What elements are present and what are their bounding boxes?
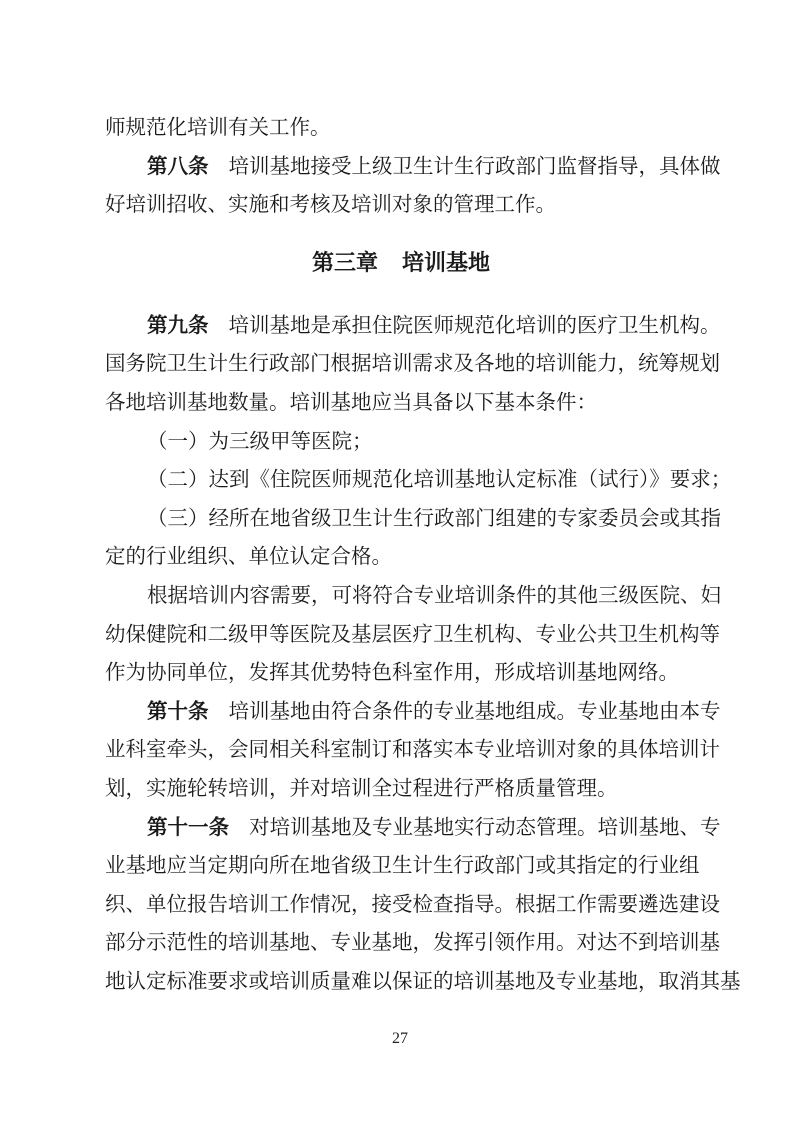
article-11-line-5: 地认定标准要求或培训质量难以保证的培训基地及专业基地，取消其基 — [105, 962, 697, 1001]
collab-line-1: 根据培训内容需要，可将符合专业培训条件的其他三级医院、妇 — [105, 576, 697, 615]
article-10-line-2: 业科室牵头，会同相关科室制订和落实本专业培训对象的具体培训计 — [105, 730, 697, 769]
page-number: 27 — [0, 1030, 800, 1048]
article-9-line-2: 国务院卫生计生行政部门根据培训需求及各地的培训能力，统筹规划 — [105, 344, 697, 383]
paragraph-line: 师规范化培训有关工作。 — [105, 108, 697, 147]
collab-line-2: 幼保健院和二级甲等医院及基层医疗卫生机构、专业公共卫生机构等 — [105, 615, 697, 654]
article-11-line-3: 织、单位报告培训工作情况，接受检查指导。根据工作需要遴选建设 — [105, 885, 697, 924]
article-11-line-1: 第十一条对培训基地及专业基地实行动态管理。培训基地、专 — [105, 808, 697, 847]
article-10-line-1: 第十条培训基地由符合条件的专业基地组成。专业基地由本专 — [105, 692, 697, 731]
condition-3-cont: 定的行业组织、单位认定合格。 — [105, 537, 697, 576]
article-label: 第八条 — [147, 154, 209, 178]
condition-1: （一）为三级甲等医院； — [105, 422, 697, 461]
article-label: 第九条 — [147, 313, 209, 337]
article-10-line-3: 划，实施轮转培训，并对培训全过程进行严格质量管理。 — [105, 769, 697, 808]
document-page: 师规范化培训有关工作。 第八条培训基地接受上级卫生计生行政部门监督指导，具体做 … — [105, 108, 697, 1000]
article-8-line-1: 第八条培训基地接受上级卫生计生行政部门监督指导，具体做 — [105, 147, 697, 186]
article-9-line-1: 第九条培训基地是承担住院医师规范化培训的医疗卫生机构。 — [105, 306, 697, 345]
article-9-line-3: 各地培训基地数量。培训基地应当具备以下基本条件： — [105, 383, 697, 422]
article-label: 第十条 — [147, 699, 209, 723]
article-11-line-4: 部分示范性的培训基地、专业基地，发挥引领作用。对达不到培训基 — [105, 923, 697, 962]
article-11-line-2: 业基地应当定期向所在地省级卫生计生行政部门或其指定的行业组 — [105, 846, 697, 885]
article-label: 第十一条 — [147, 815, 229, 839]
collab-line-3: 作为协同单位，发挥其优势特色科室作用，形成培训基地网络。 — [105, 653, 697, 692]
condition-2: （二）达到《住院医师规范化培训基地认定标准（试行）》要求； — [105, 460, 697, 499]
condition-3: （三）经所在地省级卫生计生行政部门组建的专家委员会或其指 — [105, 499, 697, 538]
chapter-heading: 第三章培训基地 — [105, 244, 697, 284]
article-8-line-2: 好培训招收、实施和考核及培训对象的管理工作。 — [105, 185, 697, 224]
